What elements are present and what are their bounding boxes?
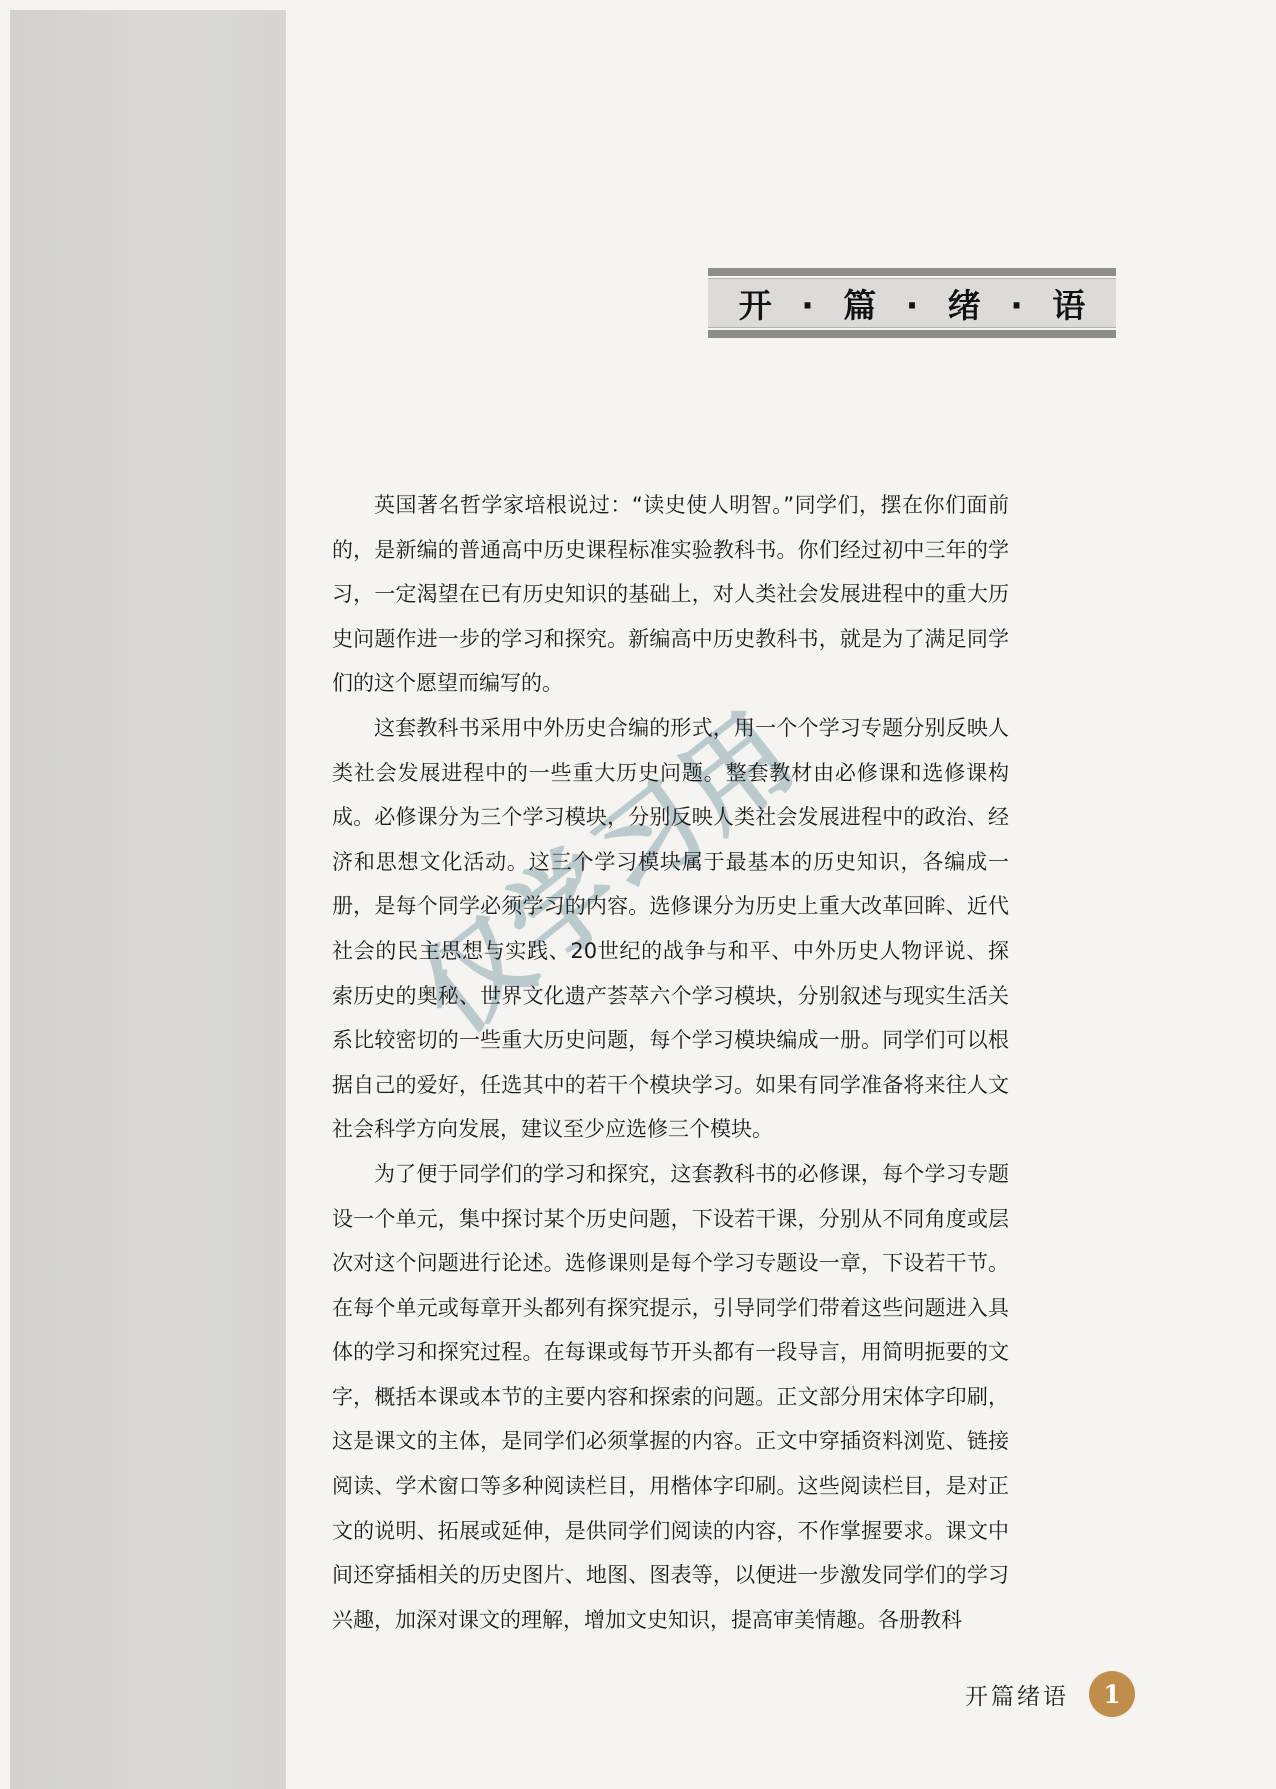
page-number: 1 bbox=[1103, 1680, 1120, 1709]
banner-bottom-rule bbox=[708, 330, 1116, 338]
left-decorative-band bbox=[10, 10, 286, 1789]
banner-body: 开 · 篇 · 绪 · 语 bbox=[708, 278, 1116, 328]
paragraph-1: 英国著名哲学家培根说过：“读史使人明智。”同学们，摆在你们面前的，是新编的普通高… bbox=[332, 483, 1009, 706]
banner-top-rule bbox=[708, 268, 1116, 276]
paragraph-3: 为了便于同学们的学习和探究，这套教科书的必修课，每个学习专题设一个单元，集中探讨… bbox=[332, 1152, 1009, 1643]
chapter-title-banner: 开 · 篇 · 绪 · 语 bbox=[708, 268, 1116, 338]
footer-section-label: 开篇绪语 bbox=[965, 1678, 1069, 1711]
paragraph-2: 这套教科书采用中外历史合编的形式，用一个个学习专题分别反映人类社会发展进程中的一… bbox=[332, 706, 1009, 1152]
chapter-title: 开 · 篇 · 绪 · 语 bbox=[730, 280, 1095, 327]
body-text: 英国著名哲学家培根说过：“读史使人明智。”同学们，摆在你们面前的，是新编的普通高… bbox=[332, 483, 1009, 1642]
page-number-badge: 1 bbox=[1089, 1671, 1135, 1717]
